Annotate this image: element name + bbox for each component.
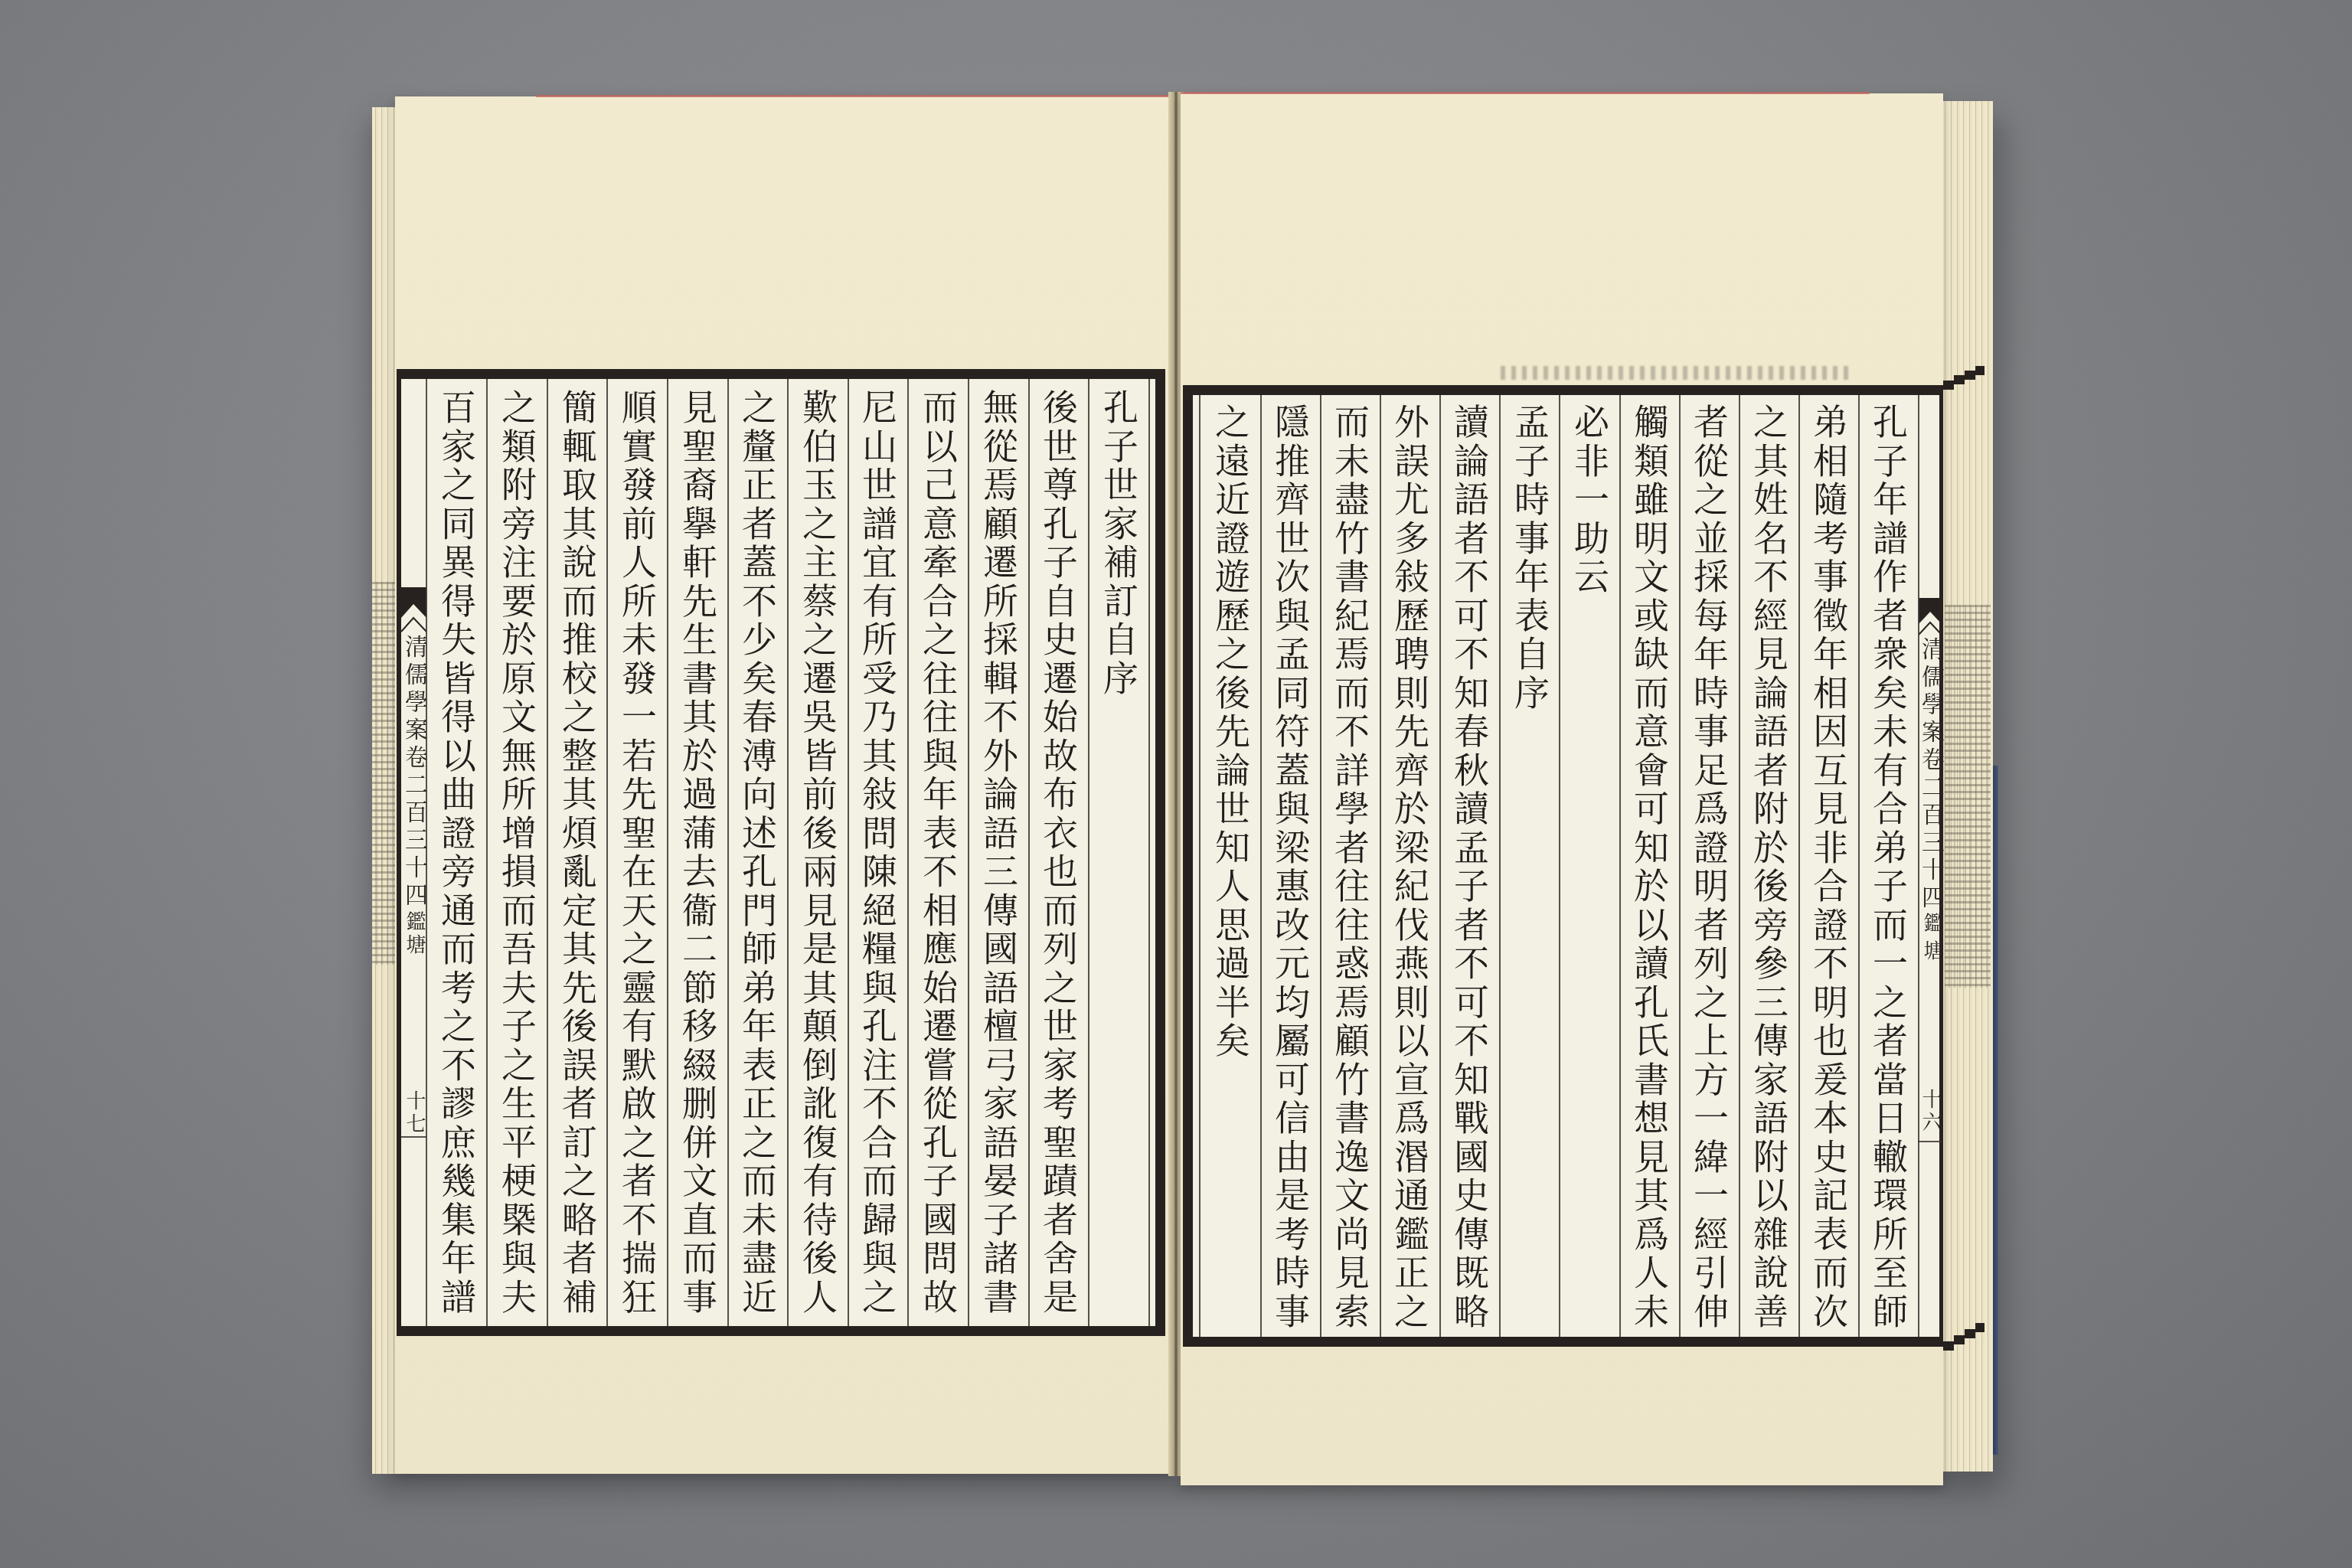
right-heading-column: 孟子時事年表自序 [1512,403,1547,713]
left-heading-column: 孔子世家補訂自序 [1101,389,1136,698]
margin-rule [1918,1141,1942,1142]
book-photo: 清儒學案卷二百三十四 鑑塘 十七 孔子世家補訂自序 後世尊孔子自史遷始故布衣也而… [0,0,2352,1568]
left-text-column: 而以己意牽合之往往與年表不相應始遷嘗從孔子國問故 [920,389,955,1317]
bleed-through-marks [1501,366,1853,380]
margin-leaf-number: 十六 [1920,1089,1940,1135]
left-text-column: 簡輒取其說而推校之整其煩亂定其先後誤者訂之略者補 [560,389,595,1317]
right-text-column: 觸類雖明文或缺而意會可知於以讀孔氏書想見其爲人未 [1632,403,1667,1331]
left-text-column: 後世尊孔子自史遷始故布衣也而列之世家考聖蹟者舍是 [1040,389,1076,1317]
right-page-top-edge [1181,92,1870,94]
left-page-top-edge [536,95,1171,97]
right-text-column: 之遠近證遊歷之後先論世知人思過半矣 [1213,403,1248,1061]
right-text-column: 之其姓名不經見論語者附於後旁參三傳家語附以雜說善 [1751,403,1786,1331]
right-text-column: 孔子年譜作者衆矣未有合弟子而一之者當日轍環所至師 [1870,403,1906,1331]
cover-board-edge [1993,766,1998,1455]
fishtail-icon [1919,598,1942,636]
left-text-column: 順實發前人所未發一若先聖在天之靈有默啟之者不揣狂 [619,389,655,1317]
margin-section-name: 鑑塘 [404,911,424,957]
left-text-column: 無從焉顧遷所採輯不外論語三傳國語檀弓家語晏子諸書 [981,389,1016,1317]
left-stack-ghost-print [372,582,398,965]
margin-leaf-number: 十七 [404,1090,424,1136]
right-text-column: 者從之並採每年時事足爲證明者列之上方一緯一經引伸 [1691,403,1726,1331]
left-text-column: 百家之同異得失皆得以曲證旁通而考之不謬庶幾集年譜 [439,389,474,1317]
margin-rule [401,1136,426,1138]
left-text-column: 之類附旁注要於原文無所增損而吾夫子之生平梗槩與夫 [499,389,534,1317]
fishtail-icon [401,587,426,633]
margin-book-title: 清儒學案卷二百三十四 [1919,637,1942,913]
right-text-column: 隱推齊世次與孟同符蓋與梁惠改元均屬可信由是考時事 [1272,403,1308,1331]
right-text-column: 外誤尤多敍歷聘則先齊於梁紀伐燕則以宣爲湣通鑑正之 [1392,403,1427,1331]
left-text-column: 歎伯玉之主蔡之遷吳皆前後兩見是其顛倒訛復有待後人 [800,389,835,1317]
left-text-column: 尼山世譜宜有所受乃其敍問陳絕糧與孔注不合而歸與之 [860,389,895,1317]
right-stack-ghost-print [1945,605,1991,988]
left-text-column: 之釐正者蓋不少矣春溥向述孔門師弟年表正之而未盡近 [740,389,775,1317]
right-text-column: 弟相隨考事徵年相因互見非合證不明也爰本史記表而次 [1811,403,1846,1331]
right-text-column: 而未盡竹書紀焉而不詳學者往往惑焉顧竹書逸文尚見索 [1332,403,1367,1331]
right-text-column: 必非一助云 [1572,403,1607,597]
right-text-column: 讀論語者不可不知春秋讀孟子者不可不知戰國史傳既略 [1452,403,1487,1331]
left-text-column: 見聖裔擧軒先生書其於過蒲去衞二節移綴删併文直而事 [680,389,715,1317]
margin-section-name: 鑑塘 [1922,913,1942,968]
margin-book-title: 清儒學案卷二百三十四 [402,635,425,910]
